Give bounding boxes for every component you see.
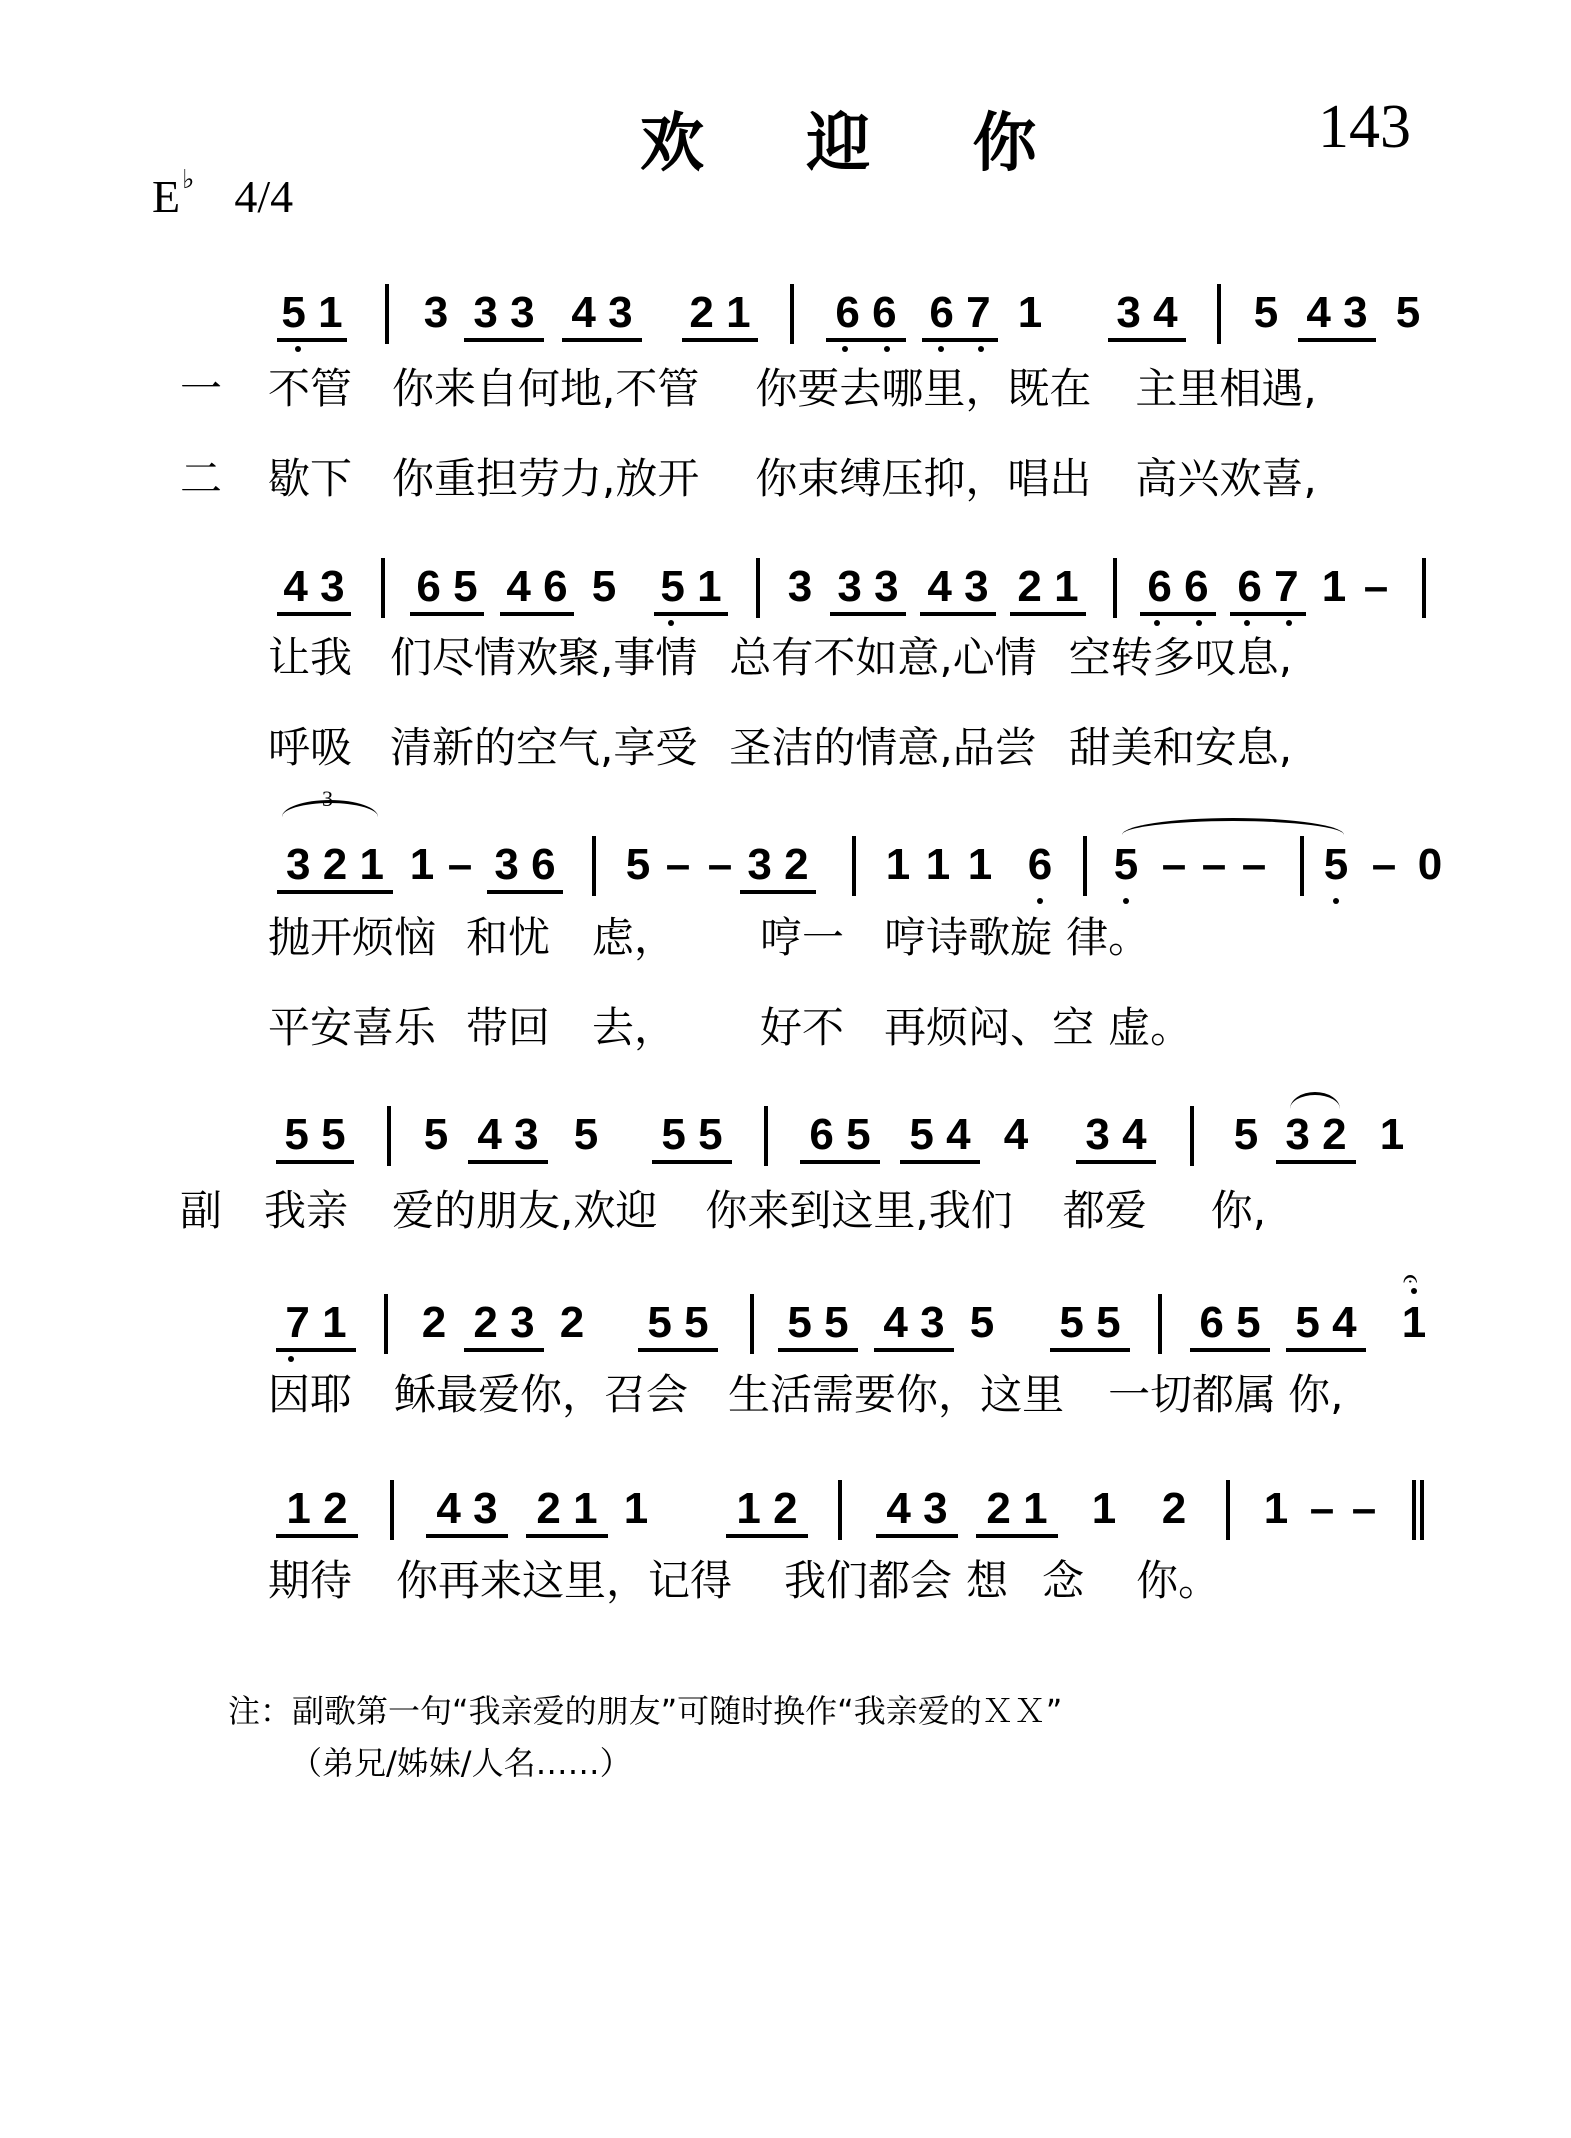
barline [756,558,760,618]
barline [592,836,596,896]
note-group: 5 5 [276,1110,354,1164]
barline [790,284,794,344]
barline [1226,1480,1230,1540]
note-group: 2 1 [1010,562,1086,616]
dash: – [1160,840,1188,890]
footnote-line-1: 注：副歌第一句“我亲爱的朋友”可随时换作“我亲爱的ＸＸ” [228,1686,1062,1732]
note: 5 [968,1298,996,1348]
barline [384,1294,388,1354]
note-group: 5 5 [652,1110,732,1164]
note-group: 5 1 [654,562,728,616]
note: 1 [408,840,436,890]
final-barline [1412,1480,1424,1540]
note-group: 2 1 [682,288,758,342]
note-group: 5 5 [1050,1298,1130,1352]
lyric-line: 呼吸清新的空气,享受圣洁的情意,品尝甜美和安息, [268,715,1292,775]
note-group: 1 2 [726,1484,808,1538]
song-title: 欢 迎 你 [640,92,1077,184]
lyric-line: 不管你来自何地,不管你要去哪里，既在主里相遇, [268,356,1317,416]
note-group: 4 3 [426,1484,508,1538]
lyric-line: 平安喜乐带回去，好不再烦闷、空虚。 [268,995,1192,1055]
note: 5 [624,840,652,890]
note-group: 3 2 1 [277,840,393,894]
barline [1300,836,1304,896]
barline [1422,558,1426,618]
lyric-line: 歇下你重担劳力,放开你束缚压抑，唱出高兴欢喜, [268,446,1317,506]
barline [390,1480,394,1540]
note-group: 3 2 [740,840,816,894]
note: 2 [420,1298,448,1348]
slur [1290,1092,1340,1109]
key-signature: E♭4/4 [152,170,293,223]
note-group: 6 7 [1230,562,1306,616]
note-group: 3 3 [830,562,906,616]
dash: – [1370,840,1398,890]
note-group: 4 3 [468,1110,548,1164]
note: 1 [1262,1484,1290,1534]
note-group: 4 3 [920,562,996,616]
lyric-line: 让我们尽情欢聚,事情总有不如意,心情空转多叹息, [268,625,1292,685]
chorus-label: 副 [180,1178,222,1238]
verse-label-1: 一 [180,356,222,416]
note: 1 [966,840,994,890]
note: 5 [1232,1110,1260,1160]
dash: – [706,840,734,890]
note: 1 [622,1484,650,1534]
note-group: 3 4 [1076,1110,1156,1164]
note: 5 [1322,840,1350,890]
triplet-number: 3 [322,786,333,812]
note-group: 4 3 [562,288,642,342]
dash: – [664,840,692,890]
barline [838,1480,842,1540]
lyric-line: 抛开烦恼和忧虑，哼一哼诗歌旋律。 [268,905,1150,965]
verse-label-2: 二 [180,446,222,506]
note: 3 [422,288,450,338]
note: 5 [422,1110,450,1160]
dash: – [446,840,474,890]
note-group: 7 1 [276,1298,356,1352]
note: 2 [1160,1484,1188,1534]
dash: – [1362,562,1390,612]
note-group: 6 6 [1140,562,1216,616]
note-group: 4 3 [1298,288,1376,342]
barline [1217,284,1221,344]
time-signature: 4/4 [234,171,293,222]
note: 2 [558,1298,586,1348]
note: 1 [1090,1484,1118,1534]
note-group: 6 5 [800,1110,880,1164]
flat-icon: ♭ [182,165,194,194]
note: 5 [1252,288,1280,338]
lyric-line: 期待你再来这里，记得我们都会想念你。 [268,1548,1220,1608]
note: 1 [1320,562,1348,612]
note-group: 6 5 [410,562,484,616]
dash: – [1240,840,1268,890]
note-group: 6 6 [826,288,906,342]
tie [1122,818,1344,835]
note-group: 3 2 [1276,1110,1356,1164]
barline [387,1106,391,1166]
note-group: 2 1 [526,1484,608,1538]
note: 1 [1016,288,1044,338]
lyric-line: 我亲爱的朋友,欢迎你来到这里,我们都爱你, [264,1178,1266,1238]
note-group: 4 3 [876,1484,958,1538]
rest: 0 [1416,840,1444,890]
barline [1158,1294,1162,1354]
note: 5 [1394,288,1422,338]
page-number: 143 [1318,92,1411,163]
note-group: 6 7 [922,288,998,342]
note-group: 1 2 [276,1484,358,1538]
barline [1083,836,1087,896]
note: 4 [1002,1110,1030,1160]
note-group: 3 3 [464,288,544,342]
barline [381,558,385,618]
note-group: 3 4 [1108,288,1186,342]
note: 3 [786,562,814,612]
barline [750,1294,754,1354]
note-group: 4 3 [277,562,351,616]
note-group: 5 1 [277,288,347,342]
note-group: 5 5 [638,1298,718,1352]
note-group: 2 1 [976,1484,1058,1538]
note: 1 [1378,1110,1406,1160]
dash: – [1308,1484,1336,1534]
barline [1113,558,1117,618]
footnote-line-2: （弟兄/姊妹/人名……） [290,1738,632,1784]
barline [764,1106,768,1166]
note: 5 [1112,840,1140,890]
dash: – [1350,1484,1378,1534]
note-group: 5 4 [1286,1298,1366,1352]
note: 6 [1026,840,1054,890]
note: 1 [1400,1298,1428,1348]
barline [852,836,856,896]
key-letter: E [152,171,180,222]
barline [1190,1106,1194,1166]
note-group: 4 6 [500,562,574,616]
note: 5 [572,1110,600,1160]
lyric-line: 因耶稣最爱你，召会生活需要你，这里一切都属你, [268,1362,1343,1422]
note: 1 [924,840,952,890]
note: 1 [884,840,912,890]
note-group: 5 4 [900,1110,980,1164]
note-group: 6 5 [1190,1298,1270,1352]
note-group: 3 6 [487,840,563,894]
note-group: 4 3 [874,1298,954,1352]
note-group: 5 5 [778,1298,858,1352]
barline [385,284,389,344]
note: 5 [590,562,618,612]
note-group: 2 3 [464,1298,544,1352]
dash: – [1200,840,1228,890]
